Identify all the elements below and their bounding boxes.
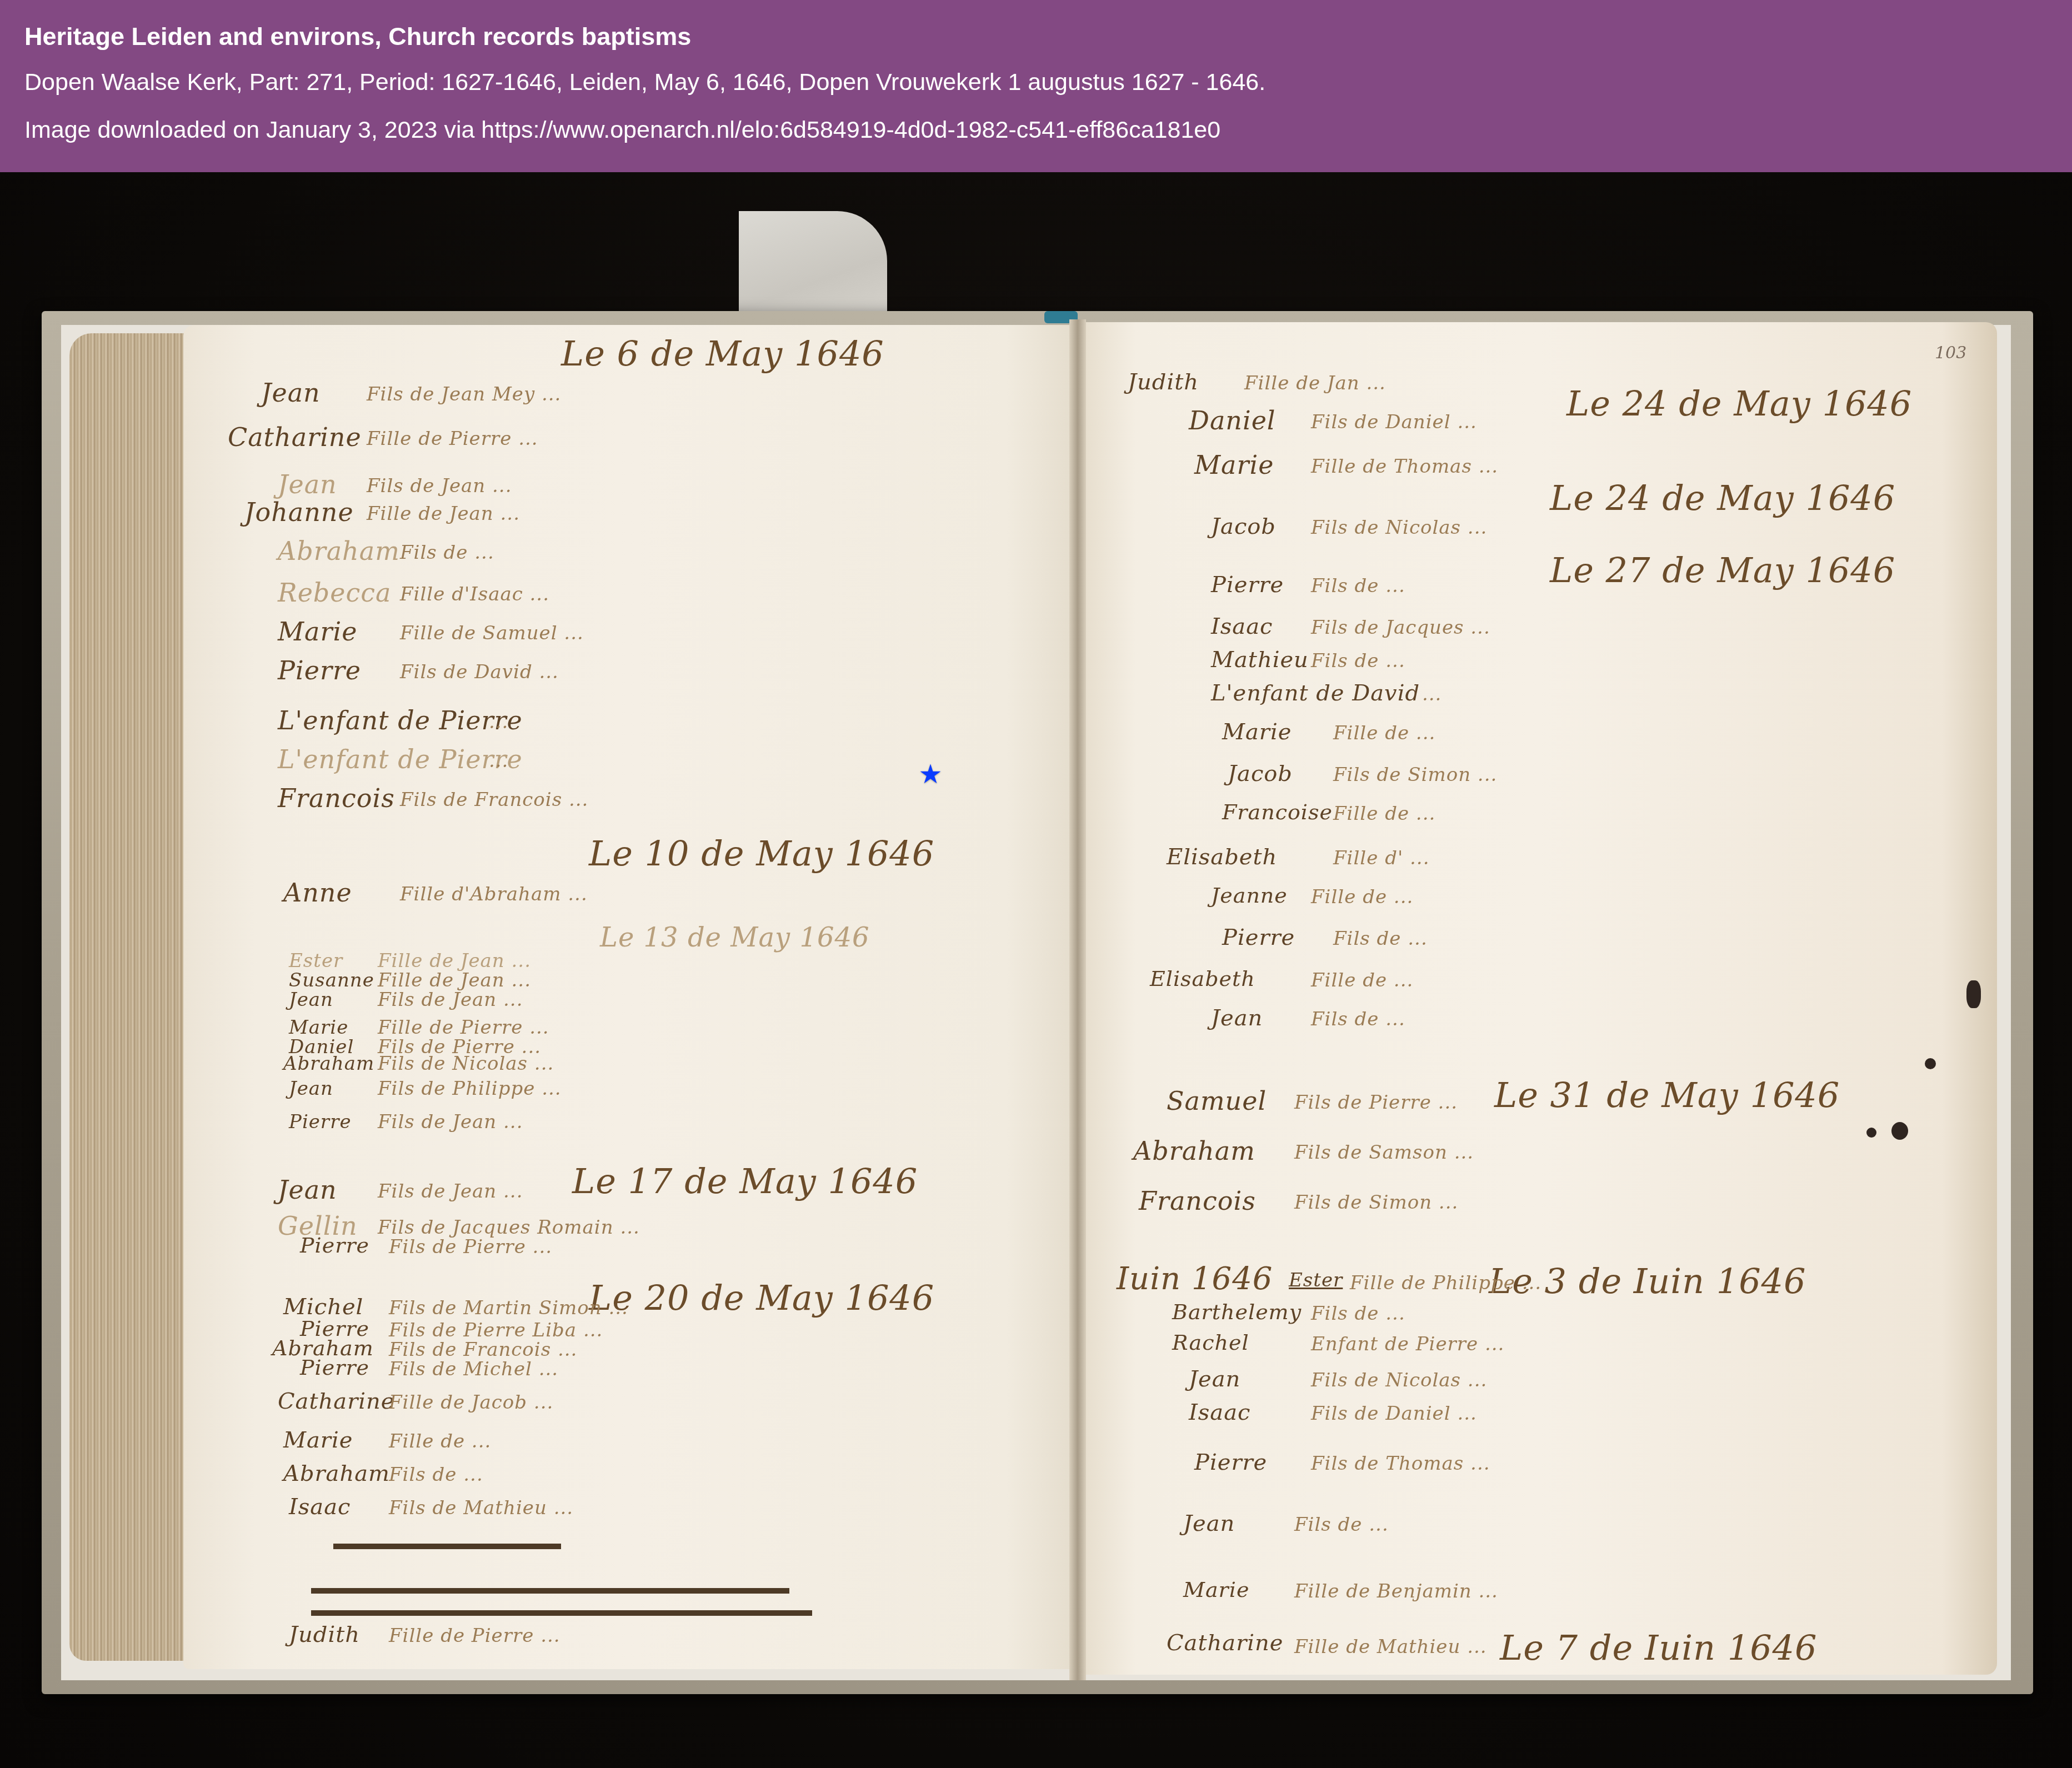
entry-text: Fils de ... xyxy=(400,542,494,564)
entry-text: Enfant de Pierre ... xyxy=(1311,1333,1504,1355)
folio-number: 103 xyxy=(1935,343,1966,363)
entry-text: Fille de Mathieu ... xyxy=(1294,1636,1487,1658)
date-heading: Le 20 de May 1646 xyxy=(589,1278,934,1318)
entry-text: Fils de Jean ... xyxy=(367,475,512,497)
date-heading: Le 17 de May 1646 xyxy=(572,1161,918,1201)
entry-name: Rebecca xyxy=(278,578,391,608)
record-title: Heritage Leiden and environs, Church rec… xyxy=(24,22,691,51)
entry-name: Marie xyxy=(1183,1577,1249,1602)
date-heading: Le 24 de May 1646 xyxy=(1550,478,1895,518)
ink-blot xyxy=(1891,1122,1908,1140)
entry-text: Fille de Philippe ... xyxy=(1350,1272,1542,1294)
entry-text: Fils de Francois ... xyxy=(389,1339,577,1361)
entry-name: Marie xyxy=(283,1428,353,1453)
entry-name: Judith xyxy=(1128,369,1199,395)
entry-text: Fils de Michel ... xyxy=(389,1358,558,1380)
entry-text: Fils de Pierre ... xyxy=(1294,1091,1458,1114)
entry-name: Marie xyxy=(278,617,357,647)
entry-name: Pierre xyxy=(1194,1450,1267,1475)
date-heading: Le 24 de May 1646 xyxy=(1566,383,1912,424)
entry-name: Susanne xyxy=(289,969,374,991)
entry-text: Fille de Samuel ... xyxy=(400,622,584,644)
entry-text: Fils de ... xyxy=(1333,928,1428,950)
entry-text: Fille d'Abraham ... xyxy=(400,883,588,905)
entry-text: Fils de Jean Mey ... xyxy=(367,383,561,405)
entry-text: Fille de Jacob ... xyxy=(389,1391,553,1414)
entry-name: Abraham xyxy=(1133,1136,1255,1166)
entry-name: Jacob xyxy=(1228,761,1293,787)
entry-text: Fils de Daniel ... xyxy=(1311,1403,1477,1425)
entry-text: Fils de Thomas ... xyxy=(1311,1453,1490,1475)
entry-name: Catharine xyxy=(278,1389,394,1414)
entry-text: Fils de Jean ... xyxy=(378,1111,523,1133)
entry-name: Jean xyxy=(289,989,333,1011)
date-heading: Le 10 de May 1646 xyxy=(589,833,934,874)
entry-text: Fille de ... xyxy=(1311,969,1413,991)
entry-name: Marie xyxy=(1222,719,1292,745)
entry-text: Fils de Simon ... xyxy=(1333,764,1497,786)
book-gutter xyxy=(1069,319,1086,1680)
entry-name: Francois xyxy=(1139,1186,1256,1216)
ink-blot xyxy=(1866,1128,1876,1138)
struck-entry: ​ xyxy=(333,1533,561,1559)
entry-text: Fils de ... xyxy=(1311,575,1405,597)
entry-name: Elisabeth xyxy=(1167,844,1277,870)
entry-name: Judith xyxy=(289,1622,360,1647)
record-description: Dopen Waalse Kerk, Part: 271, Period: 16… xyxy=(24,69,1265,96)
entry-name: Abraham xyxy=(283,1053,374,1075)
entry-text: Fille de Thomas ... xyxy=(1311,455,1498,478)
entry-text: Fils de Nicolas ... xyxy=(1311,1369,1487,1391)
entry-name: Ester xyxy=(1289,1269,1343,1291)
entry-name: Abraham xyxy=(278,536,400,566)
entry-name: Jean xyxy=(278,469,337,499)
entry-text: Fille d' ... xyxy=(1333,847,1429,869)
entry-text: Fils de Francois ... xyxy=(400,789,588,811)
entry-name: Johanne xyxy=(244,497,354,527)
ink-blot xyxy=(1925,1058,1936,1069)
entry-text: Fils de Pierre Liba ... xyxy=(389,1319,603,1341)
entry-text: Fils de Daniel ... xyxy=(1311,411,1477,433)
entry-name: Pierre xyxy=(1211,572,1284,598)
entry-name: Pierre xyxy=(300,1355,369,1380)
entry-name: Pierre xyxy=(289,1111,352,1133)
entry-text: Fille de Benjamin ... xyxy=(1294,1580,1498,1602)
entry-text: ... xyxy=(489,711,508,733)
entry-text: Fils de Mathieu ... xyxy=(389,1497,573,1519)
entry-name: Jean xyxy=(278,1175,337,1205)
entry-name: Marie xyxy=(1194,450,1274,480)
entry-name: Catharine xyxy=(228,422,362,452)
entry-name: Anne xyxy=(283,878,352,908)
entry-name: L'enfant de Pierre xyxy=(278,744,523,774)
entry-name: Marie xyxy=(289,1016,348,1039)
entry-name: Francoise xyxy=(1222,800,1333,824)
date-heading: Le 7 de Iuin 1646 xyxy=(1500,1627,1818,1668)
date-heading: Le 6 de May 1646 xyxy=(561,333,884,374)
ink-blot xyxy=(1966,980,1981,1008)
entry-name: Pierre xyxy=(278,655,361,685)
entry-name: Mathieu xyxy=(1211,647,1309,673)
entry-text: Fils de Samson ... xyxy=(1294,1141,1474,1164)
entry-text: Fille d'Isaac ... xyxy=(400,583,549,605)
entry-text: Fille de ... xyxy=(1333,722,1435,744)
entry-text: Fille de Pierre ... xyxy=(367,428,538,450)
entry-name: Jean xyxy=(289,1078,333,1100)
entry-text: Fils de ... xyxy=(389,1464,483,1486)
entry-text: Fils de David ... xyxy=(400,661,559,683)
entry-text: Fils de Nicolas ... xyxy=(378,1053,554,1075)
entry-name: Jacob xyxy=(1211,514,1276,539)
entry-name: Rachel xyxy=(1172,1330,1249,1355)
entry-text: Fille de Jean ... xyxy=(378,950,531,972)
entry-text: Fils de Jean ... xyxy=(378,1180,523,1203)
entry-text: Fille de Pierre ... xyxy=(389,1625,560,1647)
entry-text: ... xyxy=(489,750,508,772)
entry-text: Fille de ... xyxy=(389,1430,491,1453)
struck-entry: ​ xyxy=(311,1600,812,1625)
entry-text: Fils de Pierre ... xyxy=(389,1236,552,1258)
date-heading: Le 27 de May 1646 xyxy=(1550,550,1895,590)
entry-name: Pierre xyxy=(300,1233,369,1258)
archive-header-bar: Heritage Leiden and environs, Church rec… xyxy=(0,0,2072,172)
entry-name: Samuel xyxy=(1167,1086,1267,1116)
entry-name: Pierre xyxy=(1222,925,1295,950)
entry-name: Jean xyxy=(1189,1366,1240,1392)
entry-name: L'enfant de David xyxy=(1211,680,1420,706)
date-heading: Le 13 de May 1646 xyxy=(600,922,870,953)
entry-text: Fille de Jan ... xyxy=(1244,372,1386,394)
entry-text: ... xyxy=(1422,683,1442,705)
month-heading: Iuin 1646 xyxy=(1117,1261,1273,1297)
paper-bookmark-tab xyxy=(739,211,887,322)
entry-text: Fils de ... xyxy=(1294,1514,1389,1536)
entry-text: Fils de ... xyxy=(1311,1303,1405,1325)
entry-text: Fille de ... xyxy=(1333,803,1435,825)
entry-text: Fille de ... xyxy=(1311,886,1413,908)
entry-text: Fils de Jean ... xyxy=(378,989,523,1011)
star-icon: ★ xyxy=(918,762,943,788)
entry-name: L'enfant de Pierre xyxy=(278,705,523,735)
entry-text: Fils de Philippe ... xyxy=(378,1078,562,1100)
entry-text: Fille de Jean ... xyxy=(367,503,520,525)
entry-text: Fils de Jacques Romain ... xyxy=(378,1216,640,1239)
entry-name: Jean xyxy=(1211,1005,1263,1031)
download-source-line: Image downloaded on January 3, 2023 via … xyxy=(24,117,1220,144)
entry-text: Fils de Simon ... xyxy=(1294,1191,1458,1214)
entry-name: Catharine xyxy=(1167,1630,1283,1656)
entry-name: Jean xyxy=(261,378,321,408)
entry-text: Fils de ... xyxy=(1311,1008,1405,1030)
entry-name: Ester xyxy=(289,950,343,972)
entry-name: Jean xyxy=(1183,1511,1235,1536)
entry-text: Fille de Jean ... xyxy=(378,969,531,991)
entry-text: Fils de Nicolas ... xyxy=(1311,517,1487,539)
entry-text: Fils de Jacques ... xyxy=(1311,617,1490,639)
entry-name: Isaac xyxy=(1211,614,1273,639)
entry-name: Isaac xyxy=(1189,1400,1250,1425)
entry-name: Abraham xyxy=(283,1461,390,1486)
entry-name: Daniel xyxy=(1189,405,1276,435)
entry-name: Francois xyxy=(278,783,395,813)
entry-text: Fils de ... xyxy=(1311,650,1405,672)
page-stack-edge xyxy=(69,333,197,1661)
entry-name: Jeanne xyxy=(1211,883,1288,908)
entry-name: Elisabeth xyxy=(1150,966,1255,991)
entry-name: Barthelemy xyxy=(1172,1300,1302,1324)
entry-text: Fille de Pierre ... xyxy=(378,1016,549,1039)
date-heading: Le 31 de May 1646 xyxy=(1494,1075,1840,1115)
entry-name: Isaac xyxy=(289,1494,351,1520)
entry-text: Fils de Martin Simon ... xyxy=(389,1297,628,1319)
